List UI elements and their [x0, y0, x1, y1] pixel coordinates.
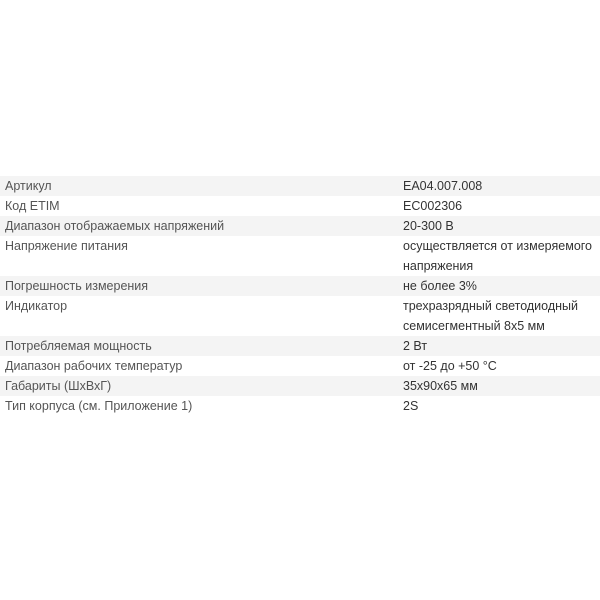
- spec-value: EA04.007.008: [398, 176, 600, 196]
- spec-value: от -25 до +50 °С: [398, 356, 600, 376]
- spec-label: Код ETIM: [0, 196, 398, 216]
- spec-value: не более 3%: [398, 276, 600, 296]
- spec-value: 2S: [398, 396, 600, 416]
- spec-row-etim-code: Код ETIM EC002306: [0, 196, 600, 216]
- spec-label: Диапазон отображаемых напряжений: [0, 216, 398, 236]
- spec-row-voltage-range: Диапазон отображаемых напряжений 20-300 …: [0, 216, 600, 236]
- spec-value: трехразрядный светодиодный семисегментны…: [398, 296, 600, 336]
- spec-label: Тип корпуса (см. Приложение 1): [0, 396, 398, 416]
- spec-row-measurement-error: Погрешность измерения не более 3%: [0, 276, 600, 296]
- spec-value: EC002306: [398, 196, 600, 216]
- spec-label: Габариты (ШхВхГ): [0, 376, 398, 396]
- spec-row-article: Артикул EA04.007.008: [0, 176, 600, 196]
- spec-row-temperature-range: Диапазон рабочих температур от -25 до +5…: [0, 356, 600, 376]
- spec-label: Напряжение питания: [0, 236, 398, 276]
- spec-row-supply-voltage: Напряжение питания осуществляется от изм…: [0, 236, 600, 276]
- spec-row-case-type: Тип корпуса (см. Приложение 1) 2S: [0, 396, 600, 416]
- spec-row-dimensions: Габариты (ШхВхГ) 35х90х65 мм: [0, 376, 600, 396]
- spec-row-power-consumption: Потребляемая мощность 2 Вт: [0, 336, 600, 356]
- spec-label: Погрешность измерения: [0, 276, 398, 296]
- spec-row-indicator: Индикатор трехразрядный светодиодный сем…: [0, 296, 600, 336]
- specifications-table: Артикул EA04.007.008 Код ETIM EC002306 Д…: [0, 176, 600, 416]
- spec-value: 35х90х65 мм: [398, 376, 600, 396]
- spec-label: Диапазон рабочих температур: [0, 356, 398, 376]
- spec-label: Артикул: [0, 176, 398, 196]
- spec-label: Индикатор: [0, 296, 398, 336]
- spec-value: осуществляется от измеряемого напряжения: [398, 236, 600, 276]
- spec-value: 20-300 В: [398, 216, 600, 236]
- spec-value: 2 Вт: [398, 336, 600, 356]
- spec-label: Потребляемая мощность: [0, 336, 398, 356]
